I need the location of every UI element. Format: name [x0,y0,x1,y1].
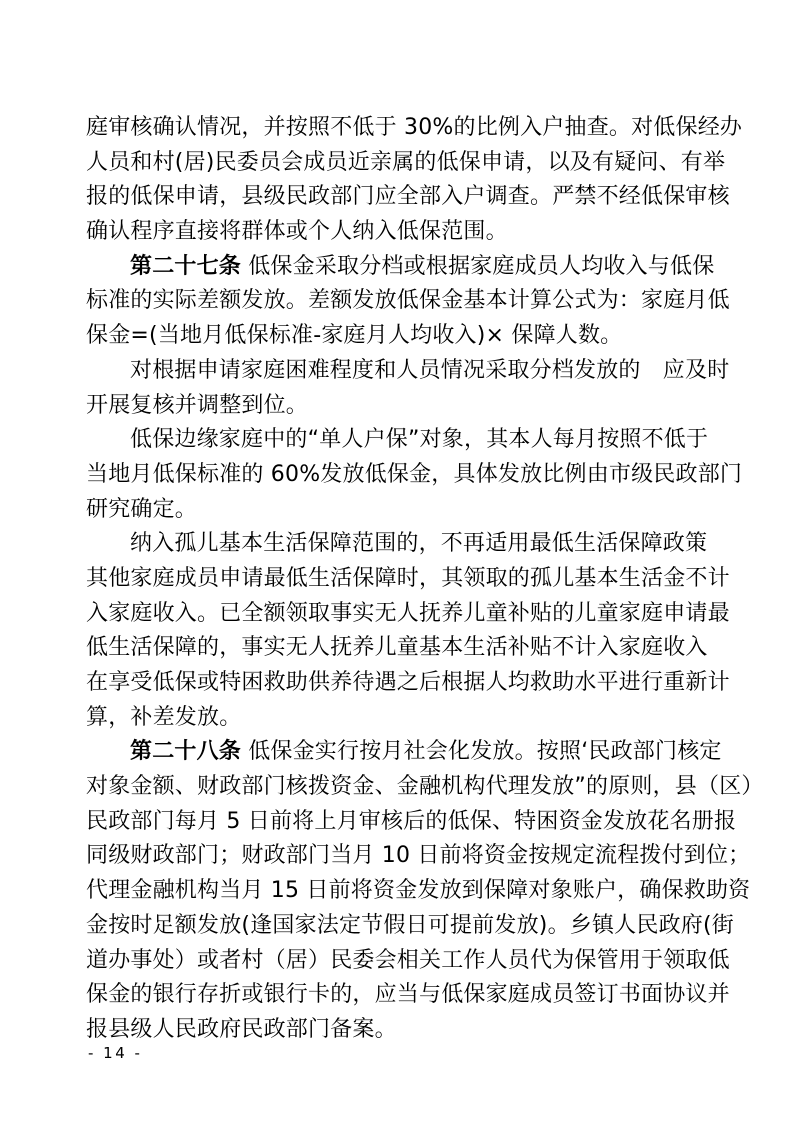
text-line: 报县级人民政府民政部门备案。 [86,1013,726,1048]
text-line: 庭审核确认情况，并按照不低于 30%的比例入户抽查。对低保经办 [86,111,726,146]
text-line: 道办事处）或者村（居）民委会相关工作人员代为保管用于领取低 [86,944,726,979]
text-segment: 低生活保障的，事实无人抚养儿童基本生活补贴不计入家庭收入 [86,635,708,660]
text-line: 第二十八条 低保金实行按月社会化发放。按照‘民政部门核定 [86,735,726,770]
text-line: 算，补差发放。 [86,701,726,736]
text-line: 报的低保申请，县级民政部门应全部入户调查。严禁不经低保审核 [86,180,726,215]
text-segment: 确认程序直接将群体或个人纳入低保范围。 [86,219,508,244]
text-line: 第二十七条 低保金采取分档或根据家庭成员人均收入与低保 [86,250,726,285]
text-segment: 对象金额、财政部门核拨资金、金融机构代理发放”的原则，县（区） [86,774,764,799]
page-number: - 14 - [88,1044,142,1062]
text-segment: 在享受低保或特困救助供养待遇之后根据人均救助水平进行重新计 [86,670,730,695]
text-line: 当地月低保标准的 60%发放低保金，具体发放比例由市级民政部门 [86,458,726,493]
text-segment: 算，补差发放。 [86,705,241,730]
text-segment: 其他家庭成员申请最低生活保障时，其领取的孤儿基本生活金不计 [86,566,730,591]
text-segment: 开展复核并调整到位。 [86,393,308,418]
text-segment: 保金=(当地月低保标准-家庭月人均收入)× 保障人数。 [86,323,622,348]
text-segment: 道办事处）或者村（居）民委会相关工作人员代为保管用于领取低 [86,948,730,973]
text-line: 代理金融机构当月 15 日前将资金发放到保障对象账户，确保救助资 [86,874,726,909]
text-segment: 低保边缘家庭中的“单人户保”对象，其本人每月按照不低于 [130,427,708,452]
text-line: 纳入孤儿基本生活保障范围的，不再适用最低生活保障政策 [86,527,726,562]
text-line: 对象金额、财政部门核拨资金、金融机构代理发放”的原则，县（区） [86,770,726,805]
text-segment: 研究确定。 [86,497,197,522]
document-page: 庭审核确认情况，并按照不低于 30%的比例入户抽查。对低保经办人员和村(居)民委… [0,0,793,1122]
text-segment: 保金的银行存折或银行卡的，应当与低保家庭成员签订书面协议并 [86,982,730,1007]
text-segment: 民政部门每月 5 日前将上月审核后的低保、特困资金发放花名册报 [86,809,736,834]
text-segment: 金按时足额发放(逢国家法定节假日可提前发放)。乡镇人民政府(街 [86,913,734,938]
text-segment: 低保金采取分档或根据家庭成员人均收入与低保 [241,254,714,279]
text-line: 在享受低保或特困救助供养待遇之后根据人均救助水平进行重新计 [86,666,726,701]
text-line: 研究确定。 [86,493,726,528]
text-segment: 同级财政部门；财政部门当月 10 日前将资金按规定流程拨付到位； [86,843,750,868]
text-line: 其他家庭成员申请最低生活保障时，其领取的孤儿基本生活金不计 [86,562,726,597]
text-segment: 代理金融机构当月 15 日前将资金发放到保障对象账户，确保救助资 [86,878,750,903]
text-line: 开展复核并调整到位。 [86,389,726,424]
text-segment: 当地月低保标准的 60%发放低保金，具体发放比例由市级民政部门 [86,462,742,487]
text-line: 低保边缘家庭中的“单人户保”对象，其本人每月按照不低于 [86,423,726,458]
text-line: 标准的实际差额发放。差额发放低保金基本计算公式为：家庭月低 [86,284,726,319]
text-segment: 报的低保申请，县级民政部门应全部入户调查。严禁不经低保审核 [86,184,730,209]
text-line: 确认程序直接将群体或个人纳入低保范围。 [86,215,726,250]
text-line: 同级财政部门；财政部门当月 10 日前将资金按规定流程拨付到位； [86,839,726,874]
document-lines: 庭审核确认情况，并按照不低于 30%的比例入户抽查。对低保经办人员和村(居)民委… [86,111,726,1048]
text-line: 入家庭收入。已全额领取事实无人抚养儿童补贴的儿童家庭申请最 [86,597,726,632]
text-line: 保金=(当地月低保标准-家庭月人均收入)× 保障人数。 [86,319,726,354]
article-number: 第二十八条 [130,739,241,764]
text-segment: 庭审核确认情况，并按照不低于 30%的比例入户抽查。对低保经办 [86,115,742,140]
text-segment: 标准的实际差额发放。差额发放低保金基本计算公式为：家庭月低 [86,288,730,313]
text-line: 保金的银行存折或银行卡的，应当与低保家庭成员签订书面协议并 [86,978,726,1013]
text-segment: 报县级人民政府民政部门备案。 [86,1017,397,1042]
text-segment: 人员和村(居)民委员会成员近亲属的低保申请，以及有疑问、有举 [86,150,725,175]
text-segment: 纳入孤儿基本生活保障范围的，不再适用最低生活保障政策 [130,531,707,556]
text-segment: 入家庭收入。已全额领取事实无人抚养儿童补贴的儿童家庭申请最 [86,601,730,626]
article-number: 第二十七条 [130,254,241,279]
text-line: 人员和村(居)民委员会成员近亲属的低保申请，以及有疑问、有举 [86,146,726,181]
text-line: 金按时足额发放(逢国家法定节假日可提前发放)。乡镇人民政府(街 [86,909,726,944]
text-segment: 低保金实行按月社会化发放。按照‘民政部门核定 [241,739,722,764]
text-segment: 对根据申请家庭困难程度和人员情况采取分档发放的 应及时 [130,358,729,383]
text-line: 低生活保障的，事实无人抚养儿童基本生活补贴不计入家庭收入 [86,631,726,666]
text-line: 对根据申请家庭困难程度和人员情况采取分档发放的 应及时 [86,354,726,389]
text-line: 民政部门每月 5 日前将上月审核后的低保、特困资金发放花名册报 [86,805,726,840]
